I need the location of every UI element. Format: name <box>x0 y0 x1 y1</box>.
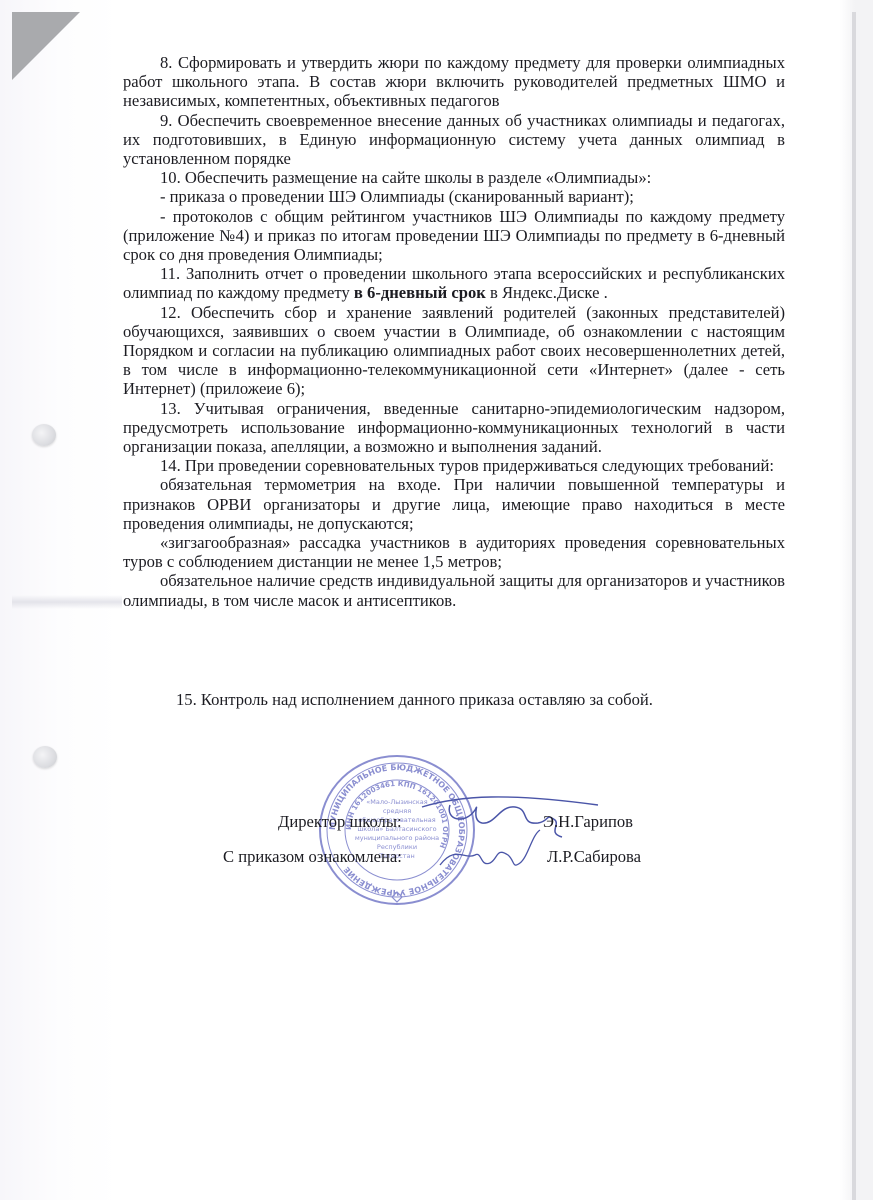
paragraph-15-closing: 15. Контроль над исполнением данного при… <box>176 690 653 709</box>
paragraph-13: 13. Учитывая ограничения, введенные сани… <box>123 399 785 457</box>
paragraph-9: 9. Обеспечить своевременное внесение дан… <box>123 111 785 169</box>
paragraph-11-tail: в Яндекс.Диске . <box>486 283 608 302</box>
paragraph-14b: «зигзагообразная» рассадка участников в … <box>123 533 785 571</box>
paragraph-12: 12. Обеспечить сбор и хранение заявлений… <box>123 303 785 399</box>
paragraph-14c: обязательное наличие средств индивидуаль… <box>123 571 785 609</box>
director-label: Директор школы: <box>278 812 402 831</box>
paragraph-10a: - приказа о проведении ШЭ Олимпиады (ска… <box>123 187 785 206</box>
paragraph-14: 14. При проведении соревновательных туро… <box>123 456 785 475</box>
document-body: 8. Сформировать и утвердить жюри по кажд… <box>123 53 785 610</box>
acknowledgement-label: С приказом ознакомлена: <box>223 847 402 866</box>
punch-hole-icon <box>32 424 56 446</box>
acknowledgement-name: Л.Р.Сабирова <box>547 847 641 866</box>
paragraph-10: 10. Обеспечить размещение на сайте школы… <box>123 168 785 187</box>
paragraph-11: 11. Заполнить отчет о проведении школьно… <box>123 264 785 302</box>
paragraph-14a: обязательная термометрия на входе. При н… <box>123 475 785 533</box>
paragraph-10b: - протоколов с общим рейтингом участнико… <box>123 207 785 265</box>
deadline-emphasis: в 6-дневный срок <box>354 283 486 302</box>
svg-text:«Мало-Лызинская: «Мало-Лызинская <box>366 798 427 806</box>
paragraph-8: 8. Сформировать и утвердить жюри по кажд… <box>123 53 785 111</box>
punch-hole-icon <box>33 746 57 768</box>
scan-artifact <box>12 595 122 609</box>
page-edge-shadow <box>852 12 856 1200</box>
scanned-page: 8. Сформировать и утвердить жюри по кажд… <box>0 0 873 1200</box>
folded-corner <box>12 12 80 80</box>
director-name: Э.Н.Гарипов <box>543 812 633 831</box>
